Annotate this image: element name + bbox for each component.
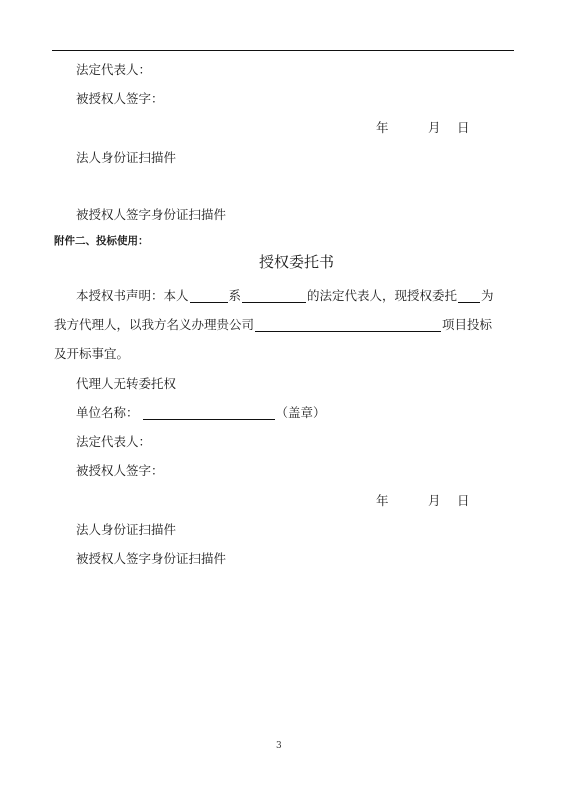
year-label: 年 [376,494,389,508]
statement-text: 为 [481,288,494,303]
legal-rep-label: 法定代表人： [76,63,151,77]
grantee-id-scan-label: 被授权人签字身份证扫描件 [76,208,226,222]
statement-line-2: 我方代理人，以我方名义办理贵公司项目投标 [54,318,492,332]
statement-text: 项目投标 [442,317,492,332]
project-blank[interactable] [255,319,441,332]
grantee-sign-label-2: 被授权人签字： [76,464,164,478]
unit-name-line: 单位名称：（盖章） [76,406,326,420]
statement-text: 本授权书声明：本人 [76,288,189,303]
day-label: 日 [457,494,470,508]
name-blank[interactable] [190,290,228,303]
grantee-sign-label: 被授权人签字： [76,92,164,106]
grantee-id-scan-label-2: 被授权人签字身份证扫描件 [76,552,226,566]
header-rule [52,50,514,51]
document-title: 授权委托书 [259,255,334,269]
legal-id-scan-label-2: 法人身份证扫描件 [76,523,176,537]
day-label: 日 [457,121,470,135]
no-sub-delegation-text: 代理人无转委托权 [76,377,176,391]
statement-text: 的法定代表人，现授权委托 [307,288,457,303]
statement-line-1: 本授权书声明：本人系的法定代表人，现授权委托为 [76,289,494,303]
company-blank[interactable] [242,290,306,303]
unit-name-label: 单位名称： [76,405,139,420]
legal-id-scan-label: 法人身份证扫描件 [76,151,176,165]
month-label: 月 [428,121,441,135]
statement-text: 我方代理人，以我方名义办理贵公司 [54,317,254,332]
year-label: 年 [376,121,389,135]
seal-note: （盖章） [276,405,326,420]
statement-text: 系 [229,288,242,303]
legal-rep-label-2: 法定代表人： [76,435,151,449]
month-label: 月 [428,494,441,508]
page-number: 3 [276,741,282,751]
attachment-heading: 附件二、投标使用： [54,234,149,248]
unit-name-blank[interactable] [143,407,275,420]
statement-line-3: 及开标事宜。 [54,347,129,361]
agent-blank[interactable] [458,290,480,303]
